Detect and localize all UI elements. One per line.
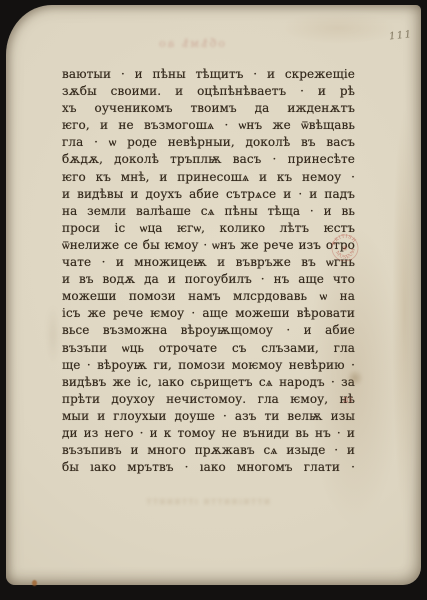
manuscript-line: гла · ѡ роде невѣрныи, доколѣ въ васъ — [62, 134, 355, 151]
manuscript-line: ѿнелиже се бы ѥмоу · ѡнъ же рече изъ отр… — [62, 237, 355, 254]
show-through-footer-text: ттиииттı иттииıитти — [102, 497, 316, 507]
manuscript-line: хъ оученикомъ твоимъ да ижденѫтъ — [62, 100, 355, 117]
manuscript-line: можеши помози намъ млсрдовавь ѡ на — [62, 288, 355, 305]
manuscript-line: бы ıако мрътвъ · ıако многомъ глати · — [62, 459, 355, 476]
manuscript-line: ѥго, и не възмогошѧ · ѡнъ же ѿвѣщавь — [62, 117, 355, 134]
manuscript-line: ваютыи · и пѣны тѣщитъ · и скрежещіе — [62, 66, 355, 83]
manuscript-line: на земли валѣаше сѧ пѣны тѣща · и вь — [62, 203, 355, 220]
stain-patch — [46, 305, 60, 365]
rust-spot — [32, 580, 37, 586]
folio-number: 111 — [389, 28, 420, 42]
manuscript-page: обѣмѣ ао 111 ваютыи · и пѣны тѣщитъ · и … — [6, 5, 421, 585]
manuscript-line: ѥго къ мнѣ, и принесошѧ и къ немоу · — [62, 169, 355, 186]
manuscript-line: видѣвъ же іс, ıако сьрищетъ сѧ народъ · … — [62, 374, 355, 391]
manuscript-line: ди из него · и к томоу не въниди вь нъ ·… — [62, 425, 355, 442]
manuscript-line: възъпивъ и много прѫжавъ сѧ изыде · и — [62, 442, 355, 459]
manuscript-line: вьсе възможна вѣроуѭщомоу · и абие — [62, 322, 355, 339]
photo-background: обѣмѣ ао 111 ваютыи · и пѣны тѣщитъ · и … — [0, 0, 427, 600]
manuscript-line: проси іс ѡца ѥгѡ, колико лѣтъ ѥстъ — [62, 220, 355, 237]
margin-note-red: дı — [343, 395, 353, 405]
manuscript-line: и въ водѫ да и погоубилъ · нъ аще что — [62, 271, 355, 288]
manuscript-line: ще · вѣроуѭ ги, помози моѥмоу невѣрию · — [62, 357, 355, 374]
manuscript-line: прѣти доухоу нечистомоу. гла ѥмоу, нѣ — [62, 391, 355, 408]
show-through-header-text: обѣмѣ ао — [106, 37, 276, 50]
manuscript-line: възъпи ѡць отрочате съ слъзами, гла — [62, 340, 355, 357]
manuscript-line: бѫдѫ, доколѣ тръплѭ васъ · принесѣте — [62, 151, 355, 168]
crown-icon: ♛ — [342, 245, 348, 253]
manuscript-line: и видѣвы и доухъ абие сътрѧсе и · и падъ — [62, 186, 355, 203]
manuscript-line: ісъ же рече ѥмоу · аще можеши вѣровати — [62, 305, 355, 322]
manuscript-line: чате · и множицеѭ и въвръже въ ѡгнь — [62, 254, 355, 271]
manuscript-text-block: ваютыи · и пѣны тѣщитъ · и скрежещіе зѫб… — [62, 66, 355, 476]
stain-patch — [344, 367, 366, 389]
manuscript-line: зѫбы своими. и оцѣпѣнѣваетъ · и рѣ — [62, 83, 355, 100]
british-museum-stamp: BRITISH MUSEUM ♛ — [330, 233, 360, 263]
manuscript-line: мыи и глоухыи доуше · азъ ти велѭ изы — [62, 408, 355, 425]
